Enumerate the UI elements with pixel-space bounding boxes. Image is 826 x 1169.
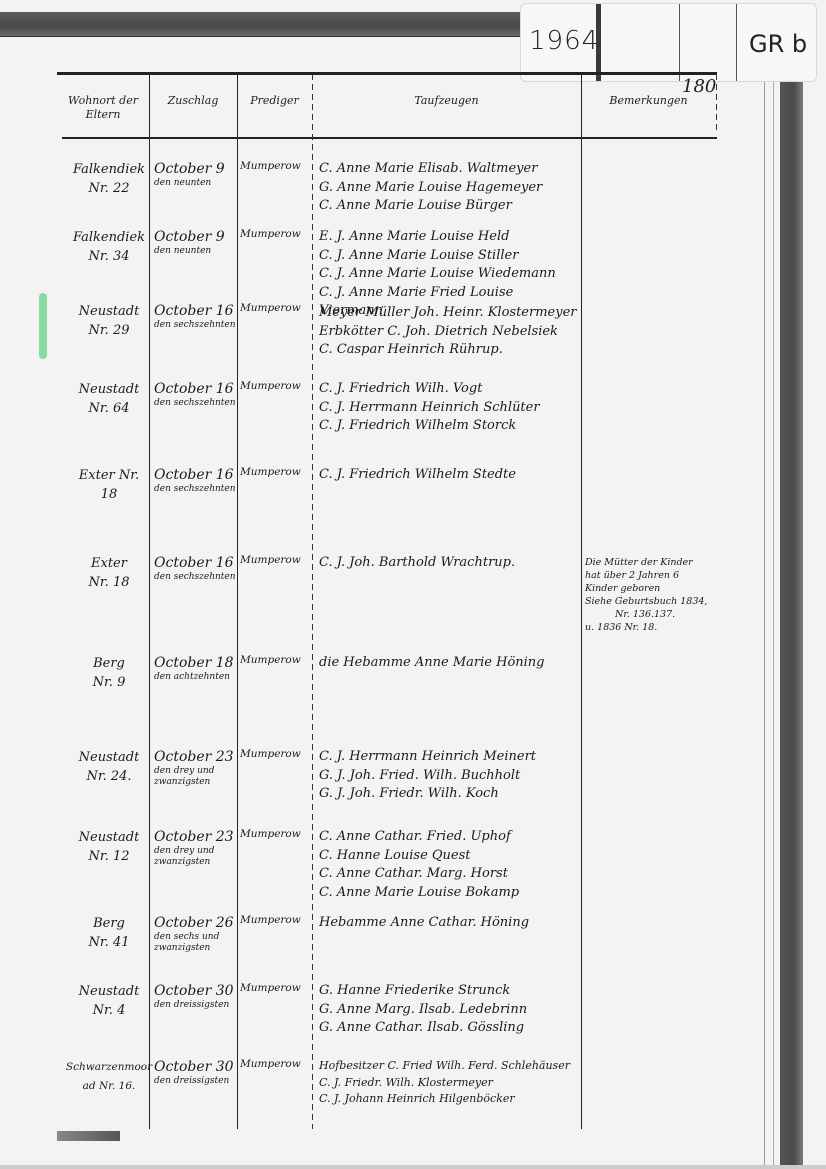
sponsor: G. J. Joh. Fried. Wilh. Buchholt [319, 767, 579, 786]
date-words: den achtzehnten [154, 672, 236, 683]
house-cell: Neustadt Nr. 12 [65, 828, 153, 866]
preacher-cell: Mumperow [240, 466, 315, 478]
note-line: Siehe Geburtsbuch 1834, [585, 595, 715, 608]
sponsor: G. Anne Marg. Ilsab. Ledebrinn [319, 1001, 579, 1020]
sponsor: C. J. Anne Marie Louise Stiller [319, 247, 579, 266]
house-cell: Berg Nr. 41 [65, 914, 153, 952]
house-number: 18 [65, 485, 153, 504]
date-value: October 16 [154, 381, 234, 397]
date-words: den sechszehnten [154, 484, 236, 495]
date-cell: October 9 den neunten [154, 160, 236, 189]
house-cell: Neustadt Nr. 64 [65, 380, 153, 418]
header-date: Zuschlag [149, 94, 237, 108]
house-number: Nr. 9 [65, 673, 153, 692]
sponsors-cell: C. J. Friedrich Wilh. Vogt C. J. Herrman… [319, 380, 579, 436]
date-cell: October 30 den dreissigsten [154, 1058, 236, 1087]
sponsor: C. J. Anne Marie Louise Wiedemann [319, 265, 579, 284]
date-value: October 9 [154, 161, 225, 177]
sponsors-cell: G. Hanne Friederike Strunck G. Anne Marg… [319, 982, 579, 1038]
sponsor: C. J. Joh. Barthold Wrachtrup. [319, 554, 579, 573]
house-number: Nr. 12 [65, 847, 153, 866]
house-number: Nr. 64 [65, 399, 153, 418]
preacher-cell: Mumperow [240, 380, 315, 392]
date-cell: October 16 den sechszehnten [154, 380, 236, 409]
date-value: October 16 [154, 555, 234, 571]
preacher-cell: Mumperow [240, 160, 315, 172]
date-words: den sechszehnten [154, 398, 236, 409]
archive-number: 1964 [529, 26, 599, 56]
scan-edge-bottom [0, 1165, 826, 1169]
preacher-cell: Mumperow [240, 914, 315, 926]
date-words: den neunten [154, 178, 236, 189]
house-name: Falkendiek [65, 228, 153, 247]
scan-smudge [57, 1131, 120, 1141]
date-cell: October 16 den sechszehnten [154, 302, 236, 331]
page-edge-line [773, 80, 774, 1165]
sponsor: C. J. Herrmann Heinrich Schlüter [319, 399, 579, 418]
house-name: Exter Nr. [65, 466, 153, 485]
date-words: den sechszehnten [154, 572, 236, 583]
date-value: October 23 [154, 749, 234, 765]
note-line: hat über 2 Jahren 6 [585, 569, 715, 582]
column-rule [237, 74, 238, 1129]
house-cell: Neustadt Nr. 29 [65, 302, 153, 340]
sponsor: C. J. Friedrich Wilhelm Stedte [319, 466, 579, 485]
house-name: Neustadt [65, 302, 153, 321]
sponsors-cell: Meyer Müller Joh. Heinr. Klostermeyer Er… [319, 304, 579, 360]
house-name: Schwarzenmoor [65, 1058, 153, 1077]
header-sponsors: Taufzeugen [312, 94, 581, 108]
preacher-cell: Mumperow [240, 554, 315, 566]
sponsor: C. Caspar Heinrich Rührup. [319, 341, 579, 360]
preacher-cell: Mumperow [240, 828, 315, 840]
preacher-cell: Mumperow [240, 982, 315, 994]
page-number: 180 [682, 76, 716, 97]
sponsor: C. J. Friedrich Wilhelm Storck [319, 417, 579, 436]
sponsor: die Hebamme Anne Marie Höning [319, 654, 579, 673]
preacher-cell: Mumperow [240, 302, 315, 314]
column-rule [581, 74, 582, 1129]
house-number: ad Nr. 16. [65, 1077, 153, 1096]
house-name: Neustadt [65, 380, 153, 399]
date-value: October 16 [154, 303, 234, 319]
date-cell: October 16 den sechszehnten [154, 466, 236, 495]
date-cell: October 23 den drey und zwanzigsten [154, 828, 236, 868]
house-name: Falkendiek [65, 160, 153, 179]
house-name: Berg [65, 654, 153, 673]
page-edge-line [764, 80, 765, 1165]
sponsor: G. Anne Marie Louise Hagemeyer [319, 179, 579, 198]
label-divider [596, 4, 601, 81]
sponsors-cell: die Hebamme Anne Marie Höning [319, 654, 579, 673]
house-number: Nr. 34 [65, 247, 153, 266]
sponsor: E. J. Anne Marie Louise Held [319, 228, 579, 247]
house-name: Berg [65, 914, 153, 933]
house-cell: Exter Nr. 18 [65, 554, 153, 592]
register-table: Wohnort der Eltern Zuschlag Prediger Tau… [57, 72, 717, 1127]
house-number: Nr. 4 [65, 1001, 153, 1020]
sponsors-cell: Hebamme Anne Cathar. Höning [319, 914, 579, 933]
table-rule [62, 137, 717, 139]
sponsors-cell: C. J. Joh. Barthold Wrachtrup. [319, 554, 579, 573]
house-name: Neustadt [65, 982, 153, 1001]
preacher-cell: Mumperow [240, 654, 315, 666]
note-line: Nr. 136.137. [585, 608, 715, 621]
note-line: Kinder geboren [585, 582, 715, 595]
date-words: den dreissigsten [154, 1000, 236, 1011]
house-name: Neustadt [65, 828, 153, 847]
sponsors-cell: C. Anne Cathar. Fried. Uphof C. Hanne Lo… [319, 828, 579, 902]
sponsor: Hebamme Anne Cathar. Höning [319, 914, 579, 933]
note-line: u. 1836 Nr. 18. [585, 621, 715, 634]
sponsor: C. J. Johann Heinrich Hilgenböcker [319, 1091, 579, 1108]
sponsors-cell: Hofbesitzer C. Fried Wilh. Ferd. Schlehä… [319, 1058, 579, 1108]
sponsor: C. Hanne Louise Quest [319, 847, 579, 866]
date-cell: October 18 den achtzehnten [154, 654, 236, 683]
sponsor: C. Anne Marie Louise Bokamp [319, 884, 579, 903]
sponsors-cell: C. Anne Marie Elisab. Waltmeyer G. Anne … [319, 160, 579, 216]
sponsor: G. J. Joh. Friedr. Wilh. Koch [319, 785, 579, 804]
house-name: Exter [65, 554, 153, 573]
date-cell: October 30 den dreissigsten [154, 982, 236, 1011]
label-divider [679, 4, 680, 81]
highlighter-mark [39, 293, 47, 359]
date-value: October 30 [154, 983, 234, 999]
sponsor: Meyer Müller Joh. Heinr. Klostermeyer [319, 304, 579, 323]
date-words: den dreissigsten [154, 1076, 236, 1087]
sponsor: C. Anne Cathar. Fried. Uphof [319, 828, 579, 847]
sponsor: Hofbesitzer C. Fried Wilh. Ferd. Schlehä… [319, 1058, 579, 1075]
sponsor: C. J. Herrmann Heinrich Meinert [319, 748, 579, 767]
date-words: den sechszehnten [154, 320, 236, 331]
date-value: October 23 [154, 829, 234, 845]
label-divider [736, 4, 737, 81]
scan-shadow-top [0, 12, 600, 37]
house-number: Nr. 29 [65, 321, 153, 340]
sponsor: Erbkötter C. Joh. Dietrich Nebelsiek [319, 323, 579, 342]
house-number: Nr. 22 [65, 179, 153, 198]
table-rule [57, 72, 717, 75]
date-words: den neunten [154, 246, 236, 257]
sponsor: C. Anne Marie Elisab. Waltmeyer [319, 160, 579, 179]
scan-shadow-right [780, 80, 803, 1165]
date-value: October 30 [154, 1059, 234, 1075]
date-cell: October 26 den sechs und zwanzigsten [154, 914, 236, 954]
sponsors-cell: C. J. Herrmann Heinrich Meinert G. J. Jo… [319, 748, 579, 804]
preacher-cell: Mumperow [240, 748, 315, 760]
sponsor: C. J. Friedrich Wilh. Vogt [319, 380, 579, 399]
house-cell: Falkendiek Nr. 22 [65, 160, 153, 198]
date-words: den sechs und zwanzigsten [154, 932, 236, 954]
date-value: October 16 [154, 467, 234, 483]
house-number: Nr. 41 [65, 933, 153, 952]
preacher-cell: Mumperow [240, 1058, 315, 1070]
house-cell: Neustadt Nr. 24. [65, 748, 153, 786]
header-house: Wohnort der Eltern [57, 94, 149, 122]
house-cell: Schwarzenmoor ad Nr. 16. [65, 1058, 153, 1096]
sponsor: G. Hanne Friederike Strunck [319, 982, 579, 1001]
house-cell: Falkendiek Nr. 34 [65, 228, 153, 266]
date-cell: October 16 den sechszehnten [154, 554, 236, 583]
note-line: Die Mütter der Kinder [585, 556, 715, 569]
sponsor: G. Anne Cathar. Ilsab. Gössling [319, 1019, 579, 1038]
date-value: October 18 [154, 655, 234, 671]
house-cell: Exter Nr. 18 [65, 466, 153, 504]
archive-code: GR b [749, 30, 807, 58]
house-cell: Berg Nr. 9 [65, 654, 153, 692]
house-number: Nr. 18 [65, 573, 153, 592]
archive-label: 1964 GR b [520, 3, 817, 82]
date-value: October 9 [154, 229, 225, 245]
sponsors-cell: C. J. Friedrich Wilhelm Stedte [319, 466, 579, 485]
preacher-cell: Mumperow [240, 228, 315, 240]
house-name: Neustadt [65, 748, 153, 767]
sponsor: C. J. Friedr. Wilh. Klostermeyer [319, 1075, 579, 1092]
sponsor: C. Anne Cathar. Marg. Horst [319, 865, 579, 884]
notes-cell: Die Mütter der Kinder hat über 2 Jahren … [585, 556, 715, 634]
house-cell: Neustadt Nr. 4 [65, 982, 153, 1020]
header-preacher: Prediger [237, 94, 312, 108]
sponsor: C. Anne Marie Louise Bürger [319, 197, 579, 216]
date-words: den drey und zwanzigsten [154, 766, 236, 788]
date-value: October 26 [154, 915, 234, 931]
date-cell: October 9 den neunten [154, 228, 236, 257]
house-number: Nr. 24. [65, 767, 153, 786]
date-words: den drey und zwanzigsten [154, 846, 236, 868]
date-cell: October 23 den drey und zwanzigsten [154, 748, 236, 788]
